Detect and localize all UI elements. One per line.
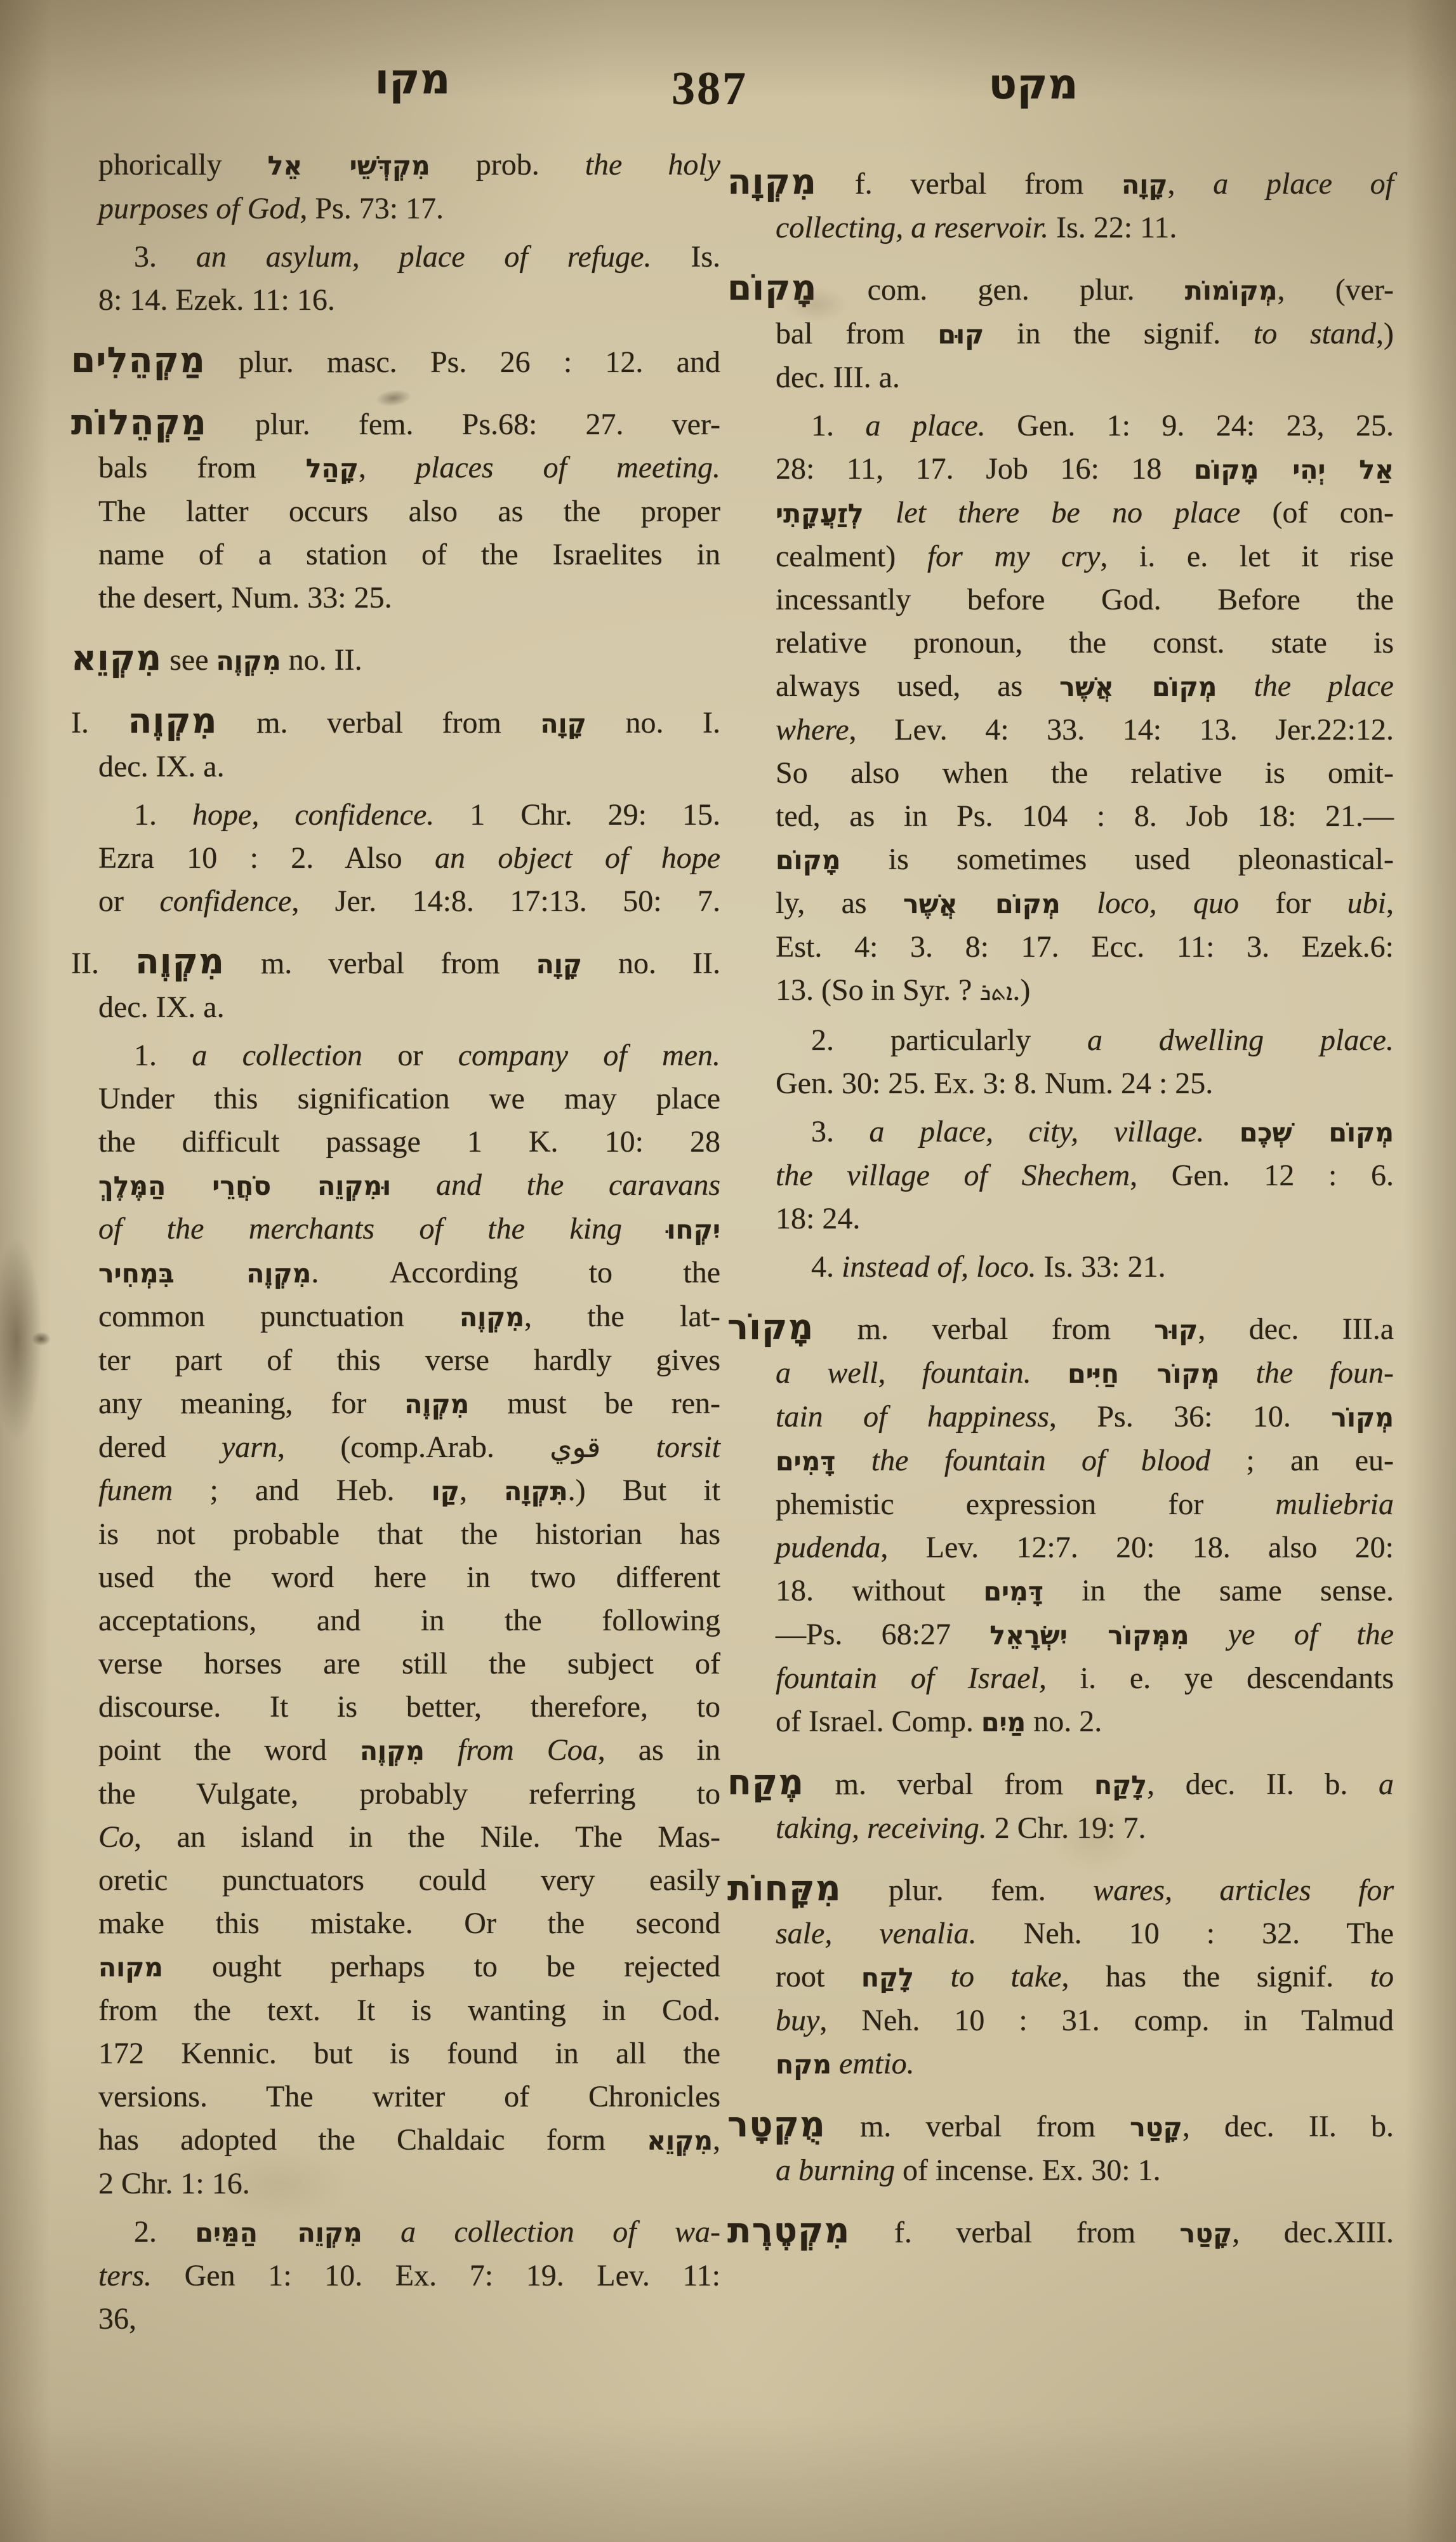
syriac-text: ܐܬܪ: [979, 978, 1012, 1006]
hebrew-text: לָקַח: [1094, 1770, 1147, 1800]
hebrew-text: קוּם: [938, 319, 984, 350]
text-line: common punctuation מִקְוֶה, the lat-: [98, 1295, 720, 1339]
roman-text: 3.: [811, 1115, 870, 1148]
hebrew-text: קוּר: [1154, 1315, 1198, 1345]
italic-text: places of meeting.: [416, 451, 720, 484]
text-line: ter part of this verse hardly gives: [98, 1339, 720, 1382]
text-line: dec. IX. a.: [98, 745, 720, 789]
running-head-left: מקו: [355, 55, 470, 103]
text-line: ters. Gen 1: 10. Ex. 7: 19. Lev. 11:: [98, 2254, 720, 2298]
dictionary-entry: מַקְהֵלוֹת plur. fem. Ps.68: 27. ver-bal…: [98, 401, 720, 620]
italic-text: hope, confidence.: [192, 798, 434, 832]
scan-stain: [32, 1332, 51, 1346]
roman-text: m. verbal from: [218, 706, 541, 740]
roman-text: f. verbal from: [817, 167, 1122, 201]
text-line: of the merchants of the king יִקְחוּ: [98, 1208, 720, 1251]
roman-text: of incense. Ex. 30: 1.: [895, 2153, 1161, 2187]
roman-text: ,: [1386, 886, 1394, 920]
roman-text: oretic punctuators could very easily: [98, 1863, 720, 1897]
italic-text: an asylum, place of refuge.: [196, 240, 652, 274]
roman-text: 13. (So in Syr. ?: [776, 973, 979, 1007]
roman-text: the difficult passage 1 K. 10: 28: [98, 1125, 720, 1159]
roman-text: 2 Chr. 19: 7.: [987, 1811, 1146, 1845]
italic-text: wares, articles for: [1093, 1873, 1394, 1907]
roman-text: .): [1012, 973, 1030, 1007]
italic-text: a: [1379, 1767, 1394, 1801]
roman-text: , an island in the Nile. The Mas-: [134, 1820, 720, 1854]
italic-text: yarn: [222, 1430, 277, 1464]
dictionary-entry: מִקָּחוֹת plur. fem. wares, articles for…: [776, 1867, 1394, 2086]
roman-text: verse horses are still the subject of: [98, 1647, 720, 1680]
hebrew-headword: מָקוֹם: [727, 267, 817, 308]
text-line: used the word here in two different: [98, 1556, 720, 1599]
text-line: discourse. It is better, therefore, to: [98, 1686, 720, 1729]
roman-text: of Israel. Comp.: [776, 1705, 981, 1738]
roman-text: phemistic expression for: [776, 1487, 1275, 1521]
roman-text: plur. fem. Ps.68: 27. ver-: [207, 408, 720, 441]
text-line: 36,: [98, 2298, 720, 2341]
text-line: 28: 11, 17. Job 16: 18 אַל יְהִי מָקוֹם: [776, 448, 1394, 491]
hebrew-text: מִקְוֶה בִּמְחִיר: [98, 1258, 311, 1289]
hebrew-text: לָקַח: [861, 1962, 914, 1993]
roman-text: II.: [71, 947, 135, 980]
italic-text: to: [1370, 1960, 1394, 1993]
roman-text: Is.: [651, 240, 720, 274]
roman-text: no. II.: [281, 643, 362, 677]
roman-text: , has the signif.: [1061, 1960, 1370, 1993]
roman-text: 172 Kennic. but is found in all the: [98, 2037, 720, 2070]
hebrew-text: מקח: [776, 2049, 831, 2080]
hebrew-headword: מֻקְטָר: [727, 2104, 826, 2145]
italic-text: purposes of God: [98, 192, 300, 225]
roman-text: , Ps. 73: 17.: [300, 192, 444, 225]
roman-text: 4.: [811, 1250, 842, 1284]
hebrew-text: מִקְוֶה: [360, 1736, 425, 1766]
italic-text: let there be no place: [864, 496, 1240, 529]
dictionary-sense: 2. particularly a dwelling place.Gen. 30…: [776, 1019, 1394, 1105]
roman-text: 1.: [134, 1039, 192, 1072]
italic-text: funem: [98, 1474, 173, 1507]
italic-text: muliebria: [1275, 1487, 1394, 1521]
hebrew-text: מִקְוֶה: [216, 646, 281, 676]
text-line: I. מִקְוֶה m. verbal from קָוָה no. I.: [71, 699, 720, 745]
italic-text: tain of happiness: [776, 1400, 1049, 1434]
roman-text: Under this signification we may place: [98, 1082, 720, 1115]
roman-text: ,: [1168, 167, 1214, 201]
dictionary-sense: 4. instead of, loco. Is. 33: 21.: [776, 1246, 1394, 1289]
text-line: Co, an island in the Nile. The Mas-: [98, 1816, 720, 1859]
roman-text: , i. e. let it rise: [1100, 540, 1394, 573]
dictionary-entry: מִקְטֶרֶת f. verbal from קָטַר, dec.XIII…: [776, 2209, 1394, 2255]
hebrew-text: מְקוֹמוֹת: [1185, 276, 1278, 306]
roman-text: plur. masc. Ps. 26 : 12. and: [206, 345, 720, 379]
text-line: 18. without דָּמִים in the same sense.: [776, 1569, 1394, 1613]
hebrew-text: מִקְוֵה הַמַּיִם: [195, 2218, 362, 2248]
roman-text: point the word: [98, 1733, 360, 1767]
italic-text: the foun-: [1219, 1356, 1394, 1390]
text-line: dec. III. a.: [776, 356, 1394, 399]
roman-text: name of a station of the Israelites in: [98, 538, 720, 571]
italic-text: the place: [1217, 669, 1394, 703]
text-line: pudenda, Lev. 12:7. 20: 18. also 20:: [776, 1526, 1394, 1569]
hebrew-text: מִקְוֶה: [404, 1389, 469, 1420]
text-line: phemistic expression for muliebria: [776, 1483, 1394, 1526]
roman-text: see: [162, 643, 216, 677]
text-line: ly, as מְקוֹם אֲשֶׁר loco, quo for ubi,: [776, 882, 1394, 926]
hebrew-headword: מִקְוֵא: [71, 637, 162, 678]
text-line: Under this signification we may place: [98, 1077, 720, 1121]
text-line: any meaning, for מִקְוֶה must be ren-: [98, 1382, 720, 1426]
hebrew-text: וּמִקְוֵה סֹחֲרֵי הַמֶּלֶךְ: [98, 1171, 391, 1201]
roman-text: versions. The writer of Chronicles: [98, 2080, 720, 2113]
hebrew-headword: מֶקַח: [727, 1762, 804, 1802]
hebrew-headword: מָקוֹר: [727, 1307, 814, 1347]
roman-text: ; an eu-: [1210, 1444, 1394, 1477]
italic-text: a place of: [1213, 167, 1394, 201]
text-line: bal from קוּם in the signif. to stand,): [776, 312, 1394, 356]
dictionary-entry: מָקוֹם com. gen. plur. מְקוֹמוֹת, (ver-b…: [776, 266, 1394, 399]
italic-text: from Coa: [425, 1733, 598, 1767]
text-line: the village of Shechem, Gen. 12 : 6.: [776, 1154, 1394, 1197]
italic-text: for my cry: [927, 540, 1101, 573]
roman-text: .) But it: [568, 1474, 720, 1507]
dictionary-entry: מֻקְטָר m. verbal from קָטַר, dec. II. b…: [776, 2103, 1394, 2192]
dictionary-sense: 1. a place. Gen. 1: 9. 24: 23, 25.28: 11…: [776, 404, 1394, 1014]
roman-text: root: [776, 1960, 861, 1993]
text-line: 3. a place, city, village. מְקוֹם שְׁכֶם: [811, 1110, 1394, 1154]
hebrew-text: מְקוֹם שְׁכֶם: [1240, 1117, 1394, 1148]
text-line: a well, fountain. מְקוֹר חַיִּים the fou…: [776, 1352, 1394, 1395]
roman-text: 1.: [811, 409, 865, 443]
italic-text: a burning: [776, 2153, 895, 2187]
roman-text: 28: 11, 17. Job 16: 18: [776, 452, 1194, 486]
roman-text: 1 Chr. 29: 15.: [434, 798, 720, 832]
roman-text: , Ps. 36: 10.: [1049, 1400, 1331, 1434]
roman-text: Est. 4: 3. 8: 17. Ecc. 11: 3. Ezek.6:: [776, 930, 1394, 964]
text-line: The latter occurs also as the proper: [98, 490, 720, 533]
roman-text: ly, as: [776, 886, 903, 920]
hebrew-text: מַיִם: [981, 1707, 1026, 1738]
italic-text: a place, city, village.: [870, 1115, 1205, 1148]
arabic-text: قوي: [550, 1430, 600, 1464]
roman-text: Ezra 10 : 2. Also: [98, 841, 435, 875]
roman-text: 18: 24.: [776, 1202, 860, 1235]
text-line: מקח emtio.: [776, 2042, 1394, 2086]
roman-text: —Ps. 68:27: [776, 1618, 989, 1651]
text-line: point the word מִקְוֶה from Coa, as in: [98, 1729, 720, 1773]
italic-text: collecting, a reservoir.: [776, 211, 1049, 244]
italic-text: ye of the: [1189, 1618, 1394, 1651]
roman-text: , Jer. 14:8. 17:13. 50: 7.: [291, 884, 720, 918]
text-line: מֶקַח m. verbal from לָקַח, dec. II. b. …: [727, 1760, 1394, 1807]
roman-text: dec. IX. a.: [98, 750, 225, 783]
dictionary-entry: מִקְוֵא see מִקְוֶה no. II.: [98, 636, 720, 682]
text-line: 18: 24.: [776, 1197, 1394, 1241]
text-line: דָּמִים the fountain of blood ; an eu-: [776, 1439, 1394, 1483]
hebrew-text: מִקְדְּשֵׁי אֵל: [268, 150, 430, 181]
hebrew-text: קָוָה: [1122, 170, 1167, 200]
text-line: 1. a collection or company of men.: [134, 1034, 720, 1077]
text-line: verse horses are still the subject of: [98, 1642, 720, 1686]
roman-text: no. I.: [586, 706, 720, 740]
roman-text: dered: [98, 1430, 222, 1464]
roman-text: The latter occurs also as the proper: [98, 495, 720, 528]
roman-text: So also when the relative is omit-: [776, 756, 1394, 790]
roman-text: make this mistake. Or the second: [98, 1906, 720, 1940]
dictionary-sense: 1. hope, confidence. 1 Chr. 29: 15.Ezra …: [98, 794, 720, 923]
italic-text: fountain of Israel,: [776, 1661, 1047, 1695]
roman-text: m. verbal from: [814, 1312, 1154, 1346]
text-line: name of a station of the Israelites in: [98, 533, 720, 576]
dictionary-entry: מָקוֹר m. verbal from קוּר, dec. III.aa …: [776, 1305, 1394, 1744]
text-line: Ezra 10 : 2. Also an object of hope: [98, 837, 720, 880]
text-line: לְזַעֲקָתִי let there be no place (of co…: [776, 491, 1394, 535]
page-number: 387: [651, 62, 768, 116]
text-line: 4. instead of, loco. Is. 33: 21.: [811, 1246, 1394, 1289]
dictionary-entry: phorically מִקְדְּשֵׁי אֵל prob. the hol…: [98, 143, 720, 230]
text-line: מַקְהֵלִים plur. masc. Ps. 26 : 12. and: [71, 338, 720, 384]
italic-text: ubi: [1347, 886, 1386, 920]
roman-text: ,: [359, 451, 416, 484]
text-line: of Israel. Comp. מַיִם no. 2.: [776, 1700, 1394, 1744]
roman-text: Gen 1: 10. Ex. 7: 19. Lev. 11:: [152, 2259, 720, 2292]
text-line: bals from קָהַל, places of meeting.: [98, 446, 720, 490]
roman-text: 3.: [134, 240, 196, 274]
text-line: oretic punctuators could very easily: [98, 1859, 720, 1902]
dictionary-entry: מֶקַח m. verbal from לָקַח, dec. II. b. …: [776, 1760, 1394, 1850]
text-line: where, Lev. 4: 33. 14: 13. Jer.22:12.: [776, 709, 1394, 752]
text-line: So also when the relative is omit-: [776, 752, 1394, 795]
text-line: versions. The writer of Chronicles: [98, 2075, 720, 2119]
roman-text: m. verbal from: [804, 1767, 1094, 1801]
roman-text: ted, as in Ps. 104 : 8. Job 18: 21.—: [776, 799, 1394, 833]
dictionary-sense: 3. a place, city, village. מְקוֹם שְׁכֶם…: [776, 1110, 1394, 1241]
roman-text: 18. without: [776, 1574, 983, 1607]
italic-text: taking, receiving.: [776, 1811, 987, 1845]
hebrew-text: מִקְוֶה: [460, 1302, 524, 1333]
roman-text: must be ren-: [469, 1387, 720, 1420]
roman-text: . According to the: [311, 1256, 720, 1289]
roman-text: Gen. 30: 25. Ex. 3: 8. Num. 24 : 25.: [776, 1067, 1213, 1100]
roman-text: prob.: [430, 148, 585, 182]
text-line: buy, Neh. 10 : 31. comp. in Talmud: [776, 1999, 1394, 2042]
roman-text: 2 Chr. 1: 16.: [98, 2167, 250, 2200]
text-line: Gen. 30: 25. Ex. 3: 8. Num. 24 : 25.: [776, 1062, 1394, 1105]
roman-text: , Lev. 4: 33. 14: 13. Jer.22:12.: [849, 713, 1394, 747]
italic-text: and the caravans: [391, 1168, 720, 1202]
text-line: from the text. It is wanting in Cod.: [98, 1989, 720, 2032]
italic-text: Co: [98, 1820, 134, 1854]
roman-text: no. 2.: [1026, 1705, 1102, 1738]
text-line: מָקוֹר m. verbal from קוּר, dec. III.a: [727, 1305, 1394, 1352]
right-column: מִקְוָה f. verbal from קָוָה, a place of…: [727, 160, 1394, 2255]
text-line: cealment) for my cry, i. e. let it rise: [776, 535, 1394, 578]
text-line: מִקְוֶה בִּמְחִיר. According to the: [98, 1251, 720, 1295]
hebrew-text: קָטַר: [1180, 2218, 1233, 2249]
roman-text: , dec. II. b.: [1147, 1767, 1379, 1801]
text-line: וּמִקְוֵה סֹחֲרֵי הַמֶּלֶךְ and the cara…: [98, 1164, 720, 1208]
text-line: relative pronoun, the const. state is: [776, 622, 1394, 665]
text-line: מִקְטֶרֶת f. verbal from קָטַר, dec.XIII…: [727, 2209, 1394, 2255]
text-line: the difficult passage 1 K. 10: 28: [98, 1121, 720, 1164]
text-line: funem ; and Heb. קַו, תִּקְוָה.) But it: [98, 1469, 720, 1513]
roman-text: [1061, 886, 1097, 920]
roman-text: [831, 2047, 839, 2080]
italic-text: confidence: [159, 884, 291, 918]
hebrew-text: מִמְּקוֹר יִשְׂרָאֵל: [989, 1620, 1189, 1651]
left-column: phorically מִקְדְּשֵׁי אֵל prob. the hol…: [71, 143, 720, 2341]
roman-text: , Gen. 12 : 6.: [1130, 1159, 1394, 1192]
text-line: purposes of God, Ps. 73: 17.: [98, 187, 720, 230]
hebrew-headword: מִקְוֶה: [135, 941, 225, 982]
roman-text: relative pronoun, the const. state is: [776, 626, 1394, 660]
hebrew-text: קָוָה: [540, 709, 586, 739]
roman-text: or: [362, 1039, 458, 1072]
italic-text: the holy: [585, 148, 720, 182]
roman-text: is not probable that the historian has: [98, 1517, 720, 1551]
roman-text: acceptations, and in the following: [98, 1604, 720, 1637]
roman-text: dec. III. a.: [776, 361, 900, 394]
hebrew-text: אַל יְהִי מָקוֹם: [1194, 455, 1394, 485]
roman-text: the Vulgate, probably referring to: [98, 1777, 720, 1811]
roman-text: 8: 14. Ezek. 11: 16.: [98, 283, 335, 317]
roman-text: Is. 33: 21.: [1036, 1250, 1166, 1284]
hebrew-text: קָוָה: [536, 949, 582, 980]
hebrew-text: קַו: [432, 1476, 460, 1507]
italic-text: a place.: [865, 409, 985, 443]
roman-text: is sometimes used pleonastical-: [840, 842, 1394, 876]
text-line: collecting, a reservoir. Is. 22: 11.: [776, 206, 1394, 250]
text-line: 2. מִקְוֵה הַמַּיִם a collection of wa-: [134, 2211, 720, 2254]
italic-text: the village of Shechem: [776, 1159, 1130, 1192]
text-line: root לָקַח to take, has the signif. to: [776, 1955, 1394, 1999]
hebrew-text: תִּקְוָה: [504, 1476, 567, 1507]
roman-text: ,: [460, 1474, 504, 1507]
hebrew-text: קָהַל: [306, 453, 359, 484]
hebrew-text: דָּמִים: [983, 1576, 1043, 1607]
italic-text: a collection: [192, 1039, 362, 1072]
hebrew-text: יִקְחוּ: [666, 1214, 720, 1245]
italic-text: emtio.: [839, 2047, 915, 2080]
text-line: מקוה ought perhaps to be rejected: [98, 1945, 720, 1989]
roman-text: ,: [713, 2123, 720, 2157]
italic-text: a dwelling place.: [1087, 1023, 1394, 1057]
roman-text: 2.: [134, 2215, 195, 2249]
roman-text: , Neh. 10 : 31. comp. in Talmud: [819, 2004, 1394, 2037]
roman-text: f. verbal from: [850, 2216, 1179, 2249]
text-line: 1. hope, confidence. 1 Chr. 29: 15.: [134, 794, 720, 837]
roman-text: phorically: [98, 148, 268, 182]
text-line: is not probable that the historian has: [98, 1513, 720, 1556]
text-line: phorically מִקְדְּשֵׁי אֵל prob. the hol…: [98, 143, 720, 187]
text-line: 2 Chr. 1: 16.: [98, 2162, 720, 2206]
roman-text: always used, as: [776, 669, 1059, 703]
hebrew-text: מָקוֹם: [776, 845, 840, 875]
roman-text: ,): [1376, 317, 1394, 350]
text-line: —Ps. 68:27 מִמְּקוֹר יִשְׂרָאֵל ye of th…: [776, 1613, 1394, 1657]
hebrew-text: מְקוֹם אֲשֶׁר: [1059, 672, 1217, 702]
roman-text: for: [1239, 886, 1347, 920]
dictionary-entry: מַקְהֵלִים plur. masc. Ps. 26 : 12. and: [98, 338, 720, 384]
italic-text: of the merchants of the king: [98, 1212, 666, 1246]
hebrew-text: קָטַר: [1130, 2112, 1182, 2143]
italic-text: instead of, loco.: [842, 1250, 1036, 1284]
text-line: מָקוֹם is sometimes used pleonastical-: [776, 838, 1394, 882]
text-line: II. מִקְוֶה m. verbal from קָוָה no. II.: [71, 940, 720, 986]
hebrew-text: מְקוֹר חַיִּים: [1068, 1359, 1219, 1389]
dictionary-sense: 2. מִקְוֵה הַמַּיִם a collection of wa-t…: [98, 2211, 720, 2341]
hebrew-headword: מַקְהֵלִים: [71, 340, 206, 380]
roman-text: ter part of this verse hardly gives: [98, 1343, 720, 1377]
text-line: make this mistake. Or the second: [98, 1902, 720, 1945]
running-head-right: מקט: [976, 60, 1090, 109]
italic-text: an object of hope: [435, 841, 720, 875]
roman-text: , the lat-: [524, 1300, 720, 1333]
hebrew-text: דָּמִים: [776, 1446, 835, 1477]
text-line: dered yarn, (comp.Arab. قوي torsit: [98, 1426, 720, 1469]
roman-text: 36,: [98, 2302, 136, 2336]
roman-text: , dec.XIII.: [1232, 2216, 1394, 2249]
text-line: מַקְהֵלוֹת plur. fem. Ps.68: 27. ver-: [71, 401, 720, 446]
roman-text: 2. particularly: [811, 1023, 1087, 1057]
dictionary-entry: II. מִקְוֶה m. verbal from קָוָה no. II.…: [98, 940, 720, 1029]
roman-text: plur. fem.: [842, 1873, 1094, 1907]
text-line: the desert, Num. 33: 25.: [98, 576, 720, 620]
scanned-lexicon-page: { "page": { "header_left": "מקו", "numbe…: [0, 0, 1456, 2542]
text-line: ted, as in Ps. 104 : 8. Job 18: 21.—: [776, 795, 1394, 838]
text-line: 3. an asylum, place of refuge. Is.: [134, 236, 720, 279]
text-line: taking, receiving. 2 Chr. 19: 7.: [776, 1807, 1394, 1850]
hebrew-headword: מִקְטֶרֶת: [727, 2210, 850, 2251]
text-line: the Vulgate, probably referring to: [98, 1773, 720, 1816]
scan-stain: [0, 1238, 42, 1441]
text-line: מִקָּחוֹת plur. fem. wares, articles for: [727, 1867, 1394, 1912]
roman-text: discourse. It is better, therefore, to: [98, 1690, 720, 1724]
roman-text: , (ver-: [1278, 273, 1394, 307]
italic-text: sale, venalia.: [776, 1917, 977, 1950]
roman-text: bal from: [776, 317, 938, 350]
italic-text: a well, fountain.: [776, 1356, 1031, 1390]
text-line: dec. IX. a.: [98, 986, 720, 1029]
text-line: Est. 4: 3. 8: 17. Ecc. 11: 3. Ezek.6:: [776, 926, 1394, 969]
roman-text: , as in: [598, 1733, 720, 1767]
roman-text: any meaning, for: [98, 1387, 404, 1420]
roman-text: [914, 1960, 951, 1993]
text-line: 1. a place. Gen. 1: 9. 24: 23, 25.: [811, 404, 1394, 448]
roman-text: , dec. III.a: [1198, 1312, 1394, 1346]
roman-text: used the word here in two different: [98, 1560, 720, 1594]
roman-text: Gen. 1: 9. 24: 23, 25.: [986, 409, 1394, 443]
text-line: מָקוֹם com. gen. plur. מְקוֹמוֹת, (ver-: [727, 266, 1394, 312]
italic-text: the fountain of blood: [835, 1444, 1210, 1477]
roman-text: bals from: [98, 451, 306, 484]
roman-text: I.: [71, 706, 128, 740]
roman-text: (of con-: [1240, 496, 1394, 529]
roman-text: , (comp.Arab.: [277, 1430, 550, 1464]
roman-text: ought perhaps to be rejected: [163, 1950, 720, 1983]
hebrew-text: מִקְוֵא: [647, 2126, 713, 2156]
hebrew-headword: מִקְוָה: [727, 161, 817, 202]
italic-text: pudenda: [776, 1531, 880, 1564]
italic-text: a collection of wa-: [362, 2215, 720, 2249]
roman-text: com. gen. plur.: [817, 273, 1184, 307]
text-line: tain of happiness, Ps. 36: 10. מְקוֹר: [776, 1395, 1394, 1439]
roman-text: or: [98, 884, 159, 918]
roman-text: [1204, 1115, 1240, 1148]
roman-text: m. verbal from: [225, 947, 536, 980]
roman-text: from the text. It is wanting in Cod.: [98, 1993, 720, 2027]
text-line: sale, venalia. Neh. 10 : 32. The: [776, 1912, 1394, 1955]
